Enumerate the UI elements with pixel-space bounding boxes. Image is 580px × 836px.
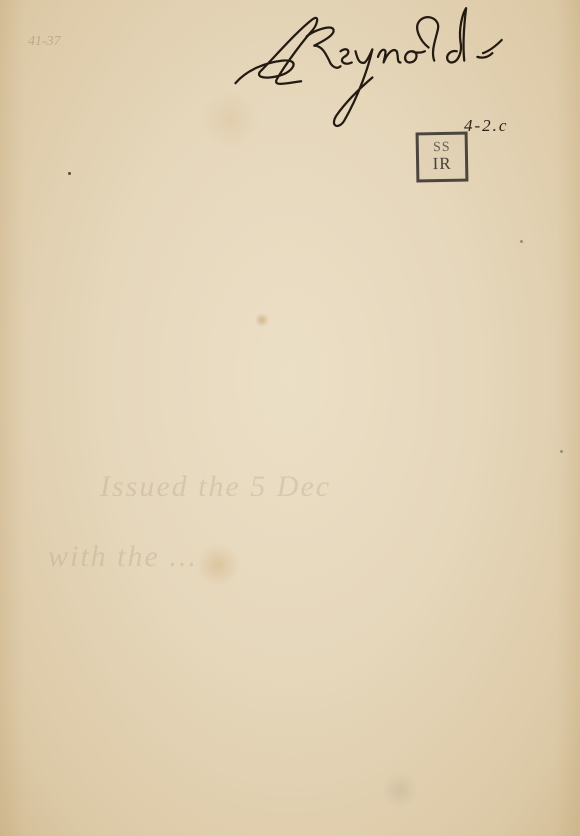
ink-speck (68, 172, 71, 175)
pencil-corner-note: 41-37 (28, 34, 61, 50)
ink-speck (520, 240, 523, 243)
faint-pencil-line-1: Issued the 5 Dec (100, 470, 331, 504)
faint-pencil-line-2: with the ... (48, 540, 198, 574)
shelfmark-note: 4-2.c (464, 116, 508, 136)
ink-speck (560, 450, 563, 453)
document-page: 41-37 J Reynolds (0, 0, 580, 836)
library-stamp: SS IR (416, 132, 469, 183)
stamp-line-2: IR (432, 155, 451, 173)
